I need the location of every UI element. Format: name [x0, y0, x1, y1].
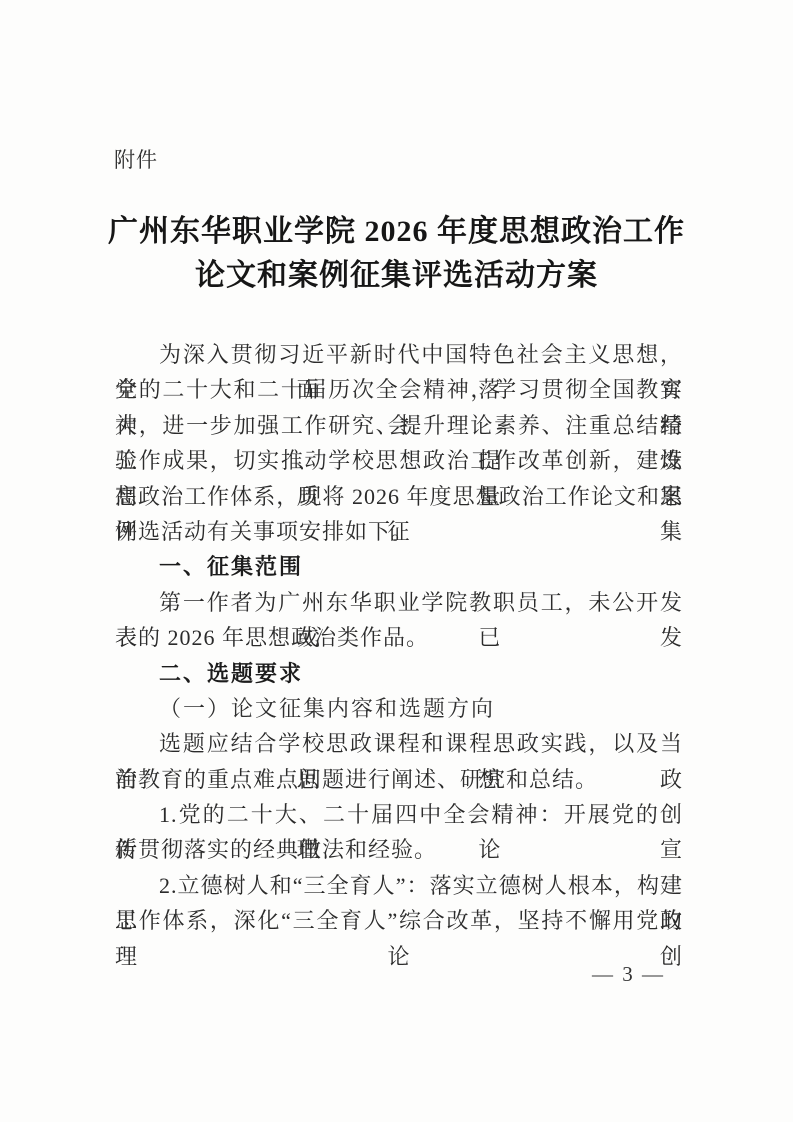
text-line: 神，进一步加强工作研究、提升理论素养、注重总结经验、提炼 [115, 408, 683, 443]
text-line: 一、征集范围 [115, 549, 683, 584]
text-line: 党的二十大和二十届历次全会精神，学习贯彻全国教育大会精 [115, 372, 683, 407]
document-title-line1: 广州东华职业学院 2026 年度思想政治工作 [0, 210, 793, 254]
document-title-line2: 论文和案例征集评选活动方案 [0, 254, 793, 298]
attachment-label: 附件 [114, 144, 158, 174]
text-line: 工作成果，切实推动学校思想政治工作改革创新，建设高质量思 [115, 443, 683, 478]
text-line: （一）论文征集内容和选题方向 [115, 691, 683, 726]
text-line: 工作体系，深化“三全育人”综合改革，坚持不懈用党的理论创 [115, 903, 683, 938]
text-line: 第一作者为广州东华职业学院教职员工，未公开发表或已发 [115, 585, 683, 620]
document-title: 广州东华职业学院 2026 年度思想政治工作 论文和案例征集评选活动方案 [0, 210, 793, 298]
text-line: 治教育的重点难点问题进行阐述、研究和总结。 [115, 762, 683, 797]
text-line: 1.党的二十大、二十届四中全会精神：开展党的创新理论宣 [115, 797, 683, 832]
document-body: 为深入贯彻习近平新时代中国特色社会主义思想，全面落实党的二十大和二十届历次全会精… [115, 337, 683, 939]
text-line: 二、选题要求 [115, 656, 683, 691]
document-page: 附件 广州东华职业学院 2026 年度思想政治工作 论文和案例征集评选活动方案 … [0, 0, 793, 1122]
page-number: — 3 — [592, 962, 665, 987]
text-line: 为深入贯彻习近平新时代中国特色社会主义思想，全面落实 [115, 337, 683, 372]
text-line: 想政治工作体系，现将 2026 年度思想政治工作论文和案例征集 [115, 479, 683, 514]
text-line: 选题应结合学校思政课程和课程思政实践，以及当前思想政 [115, 726, 683, 761]
text-line: 2.立德树人和“三全育人”：落实立德树人根本，构建思政 [115, 868, 683, 903]
